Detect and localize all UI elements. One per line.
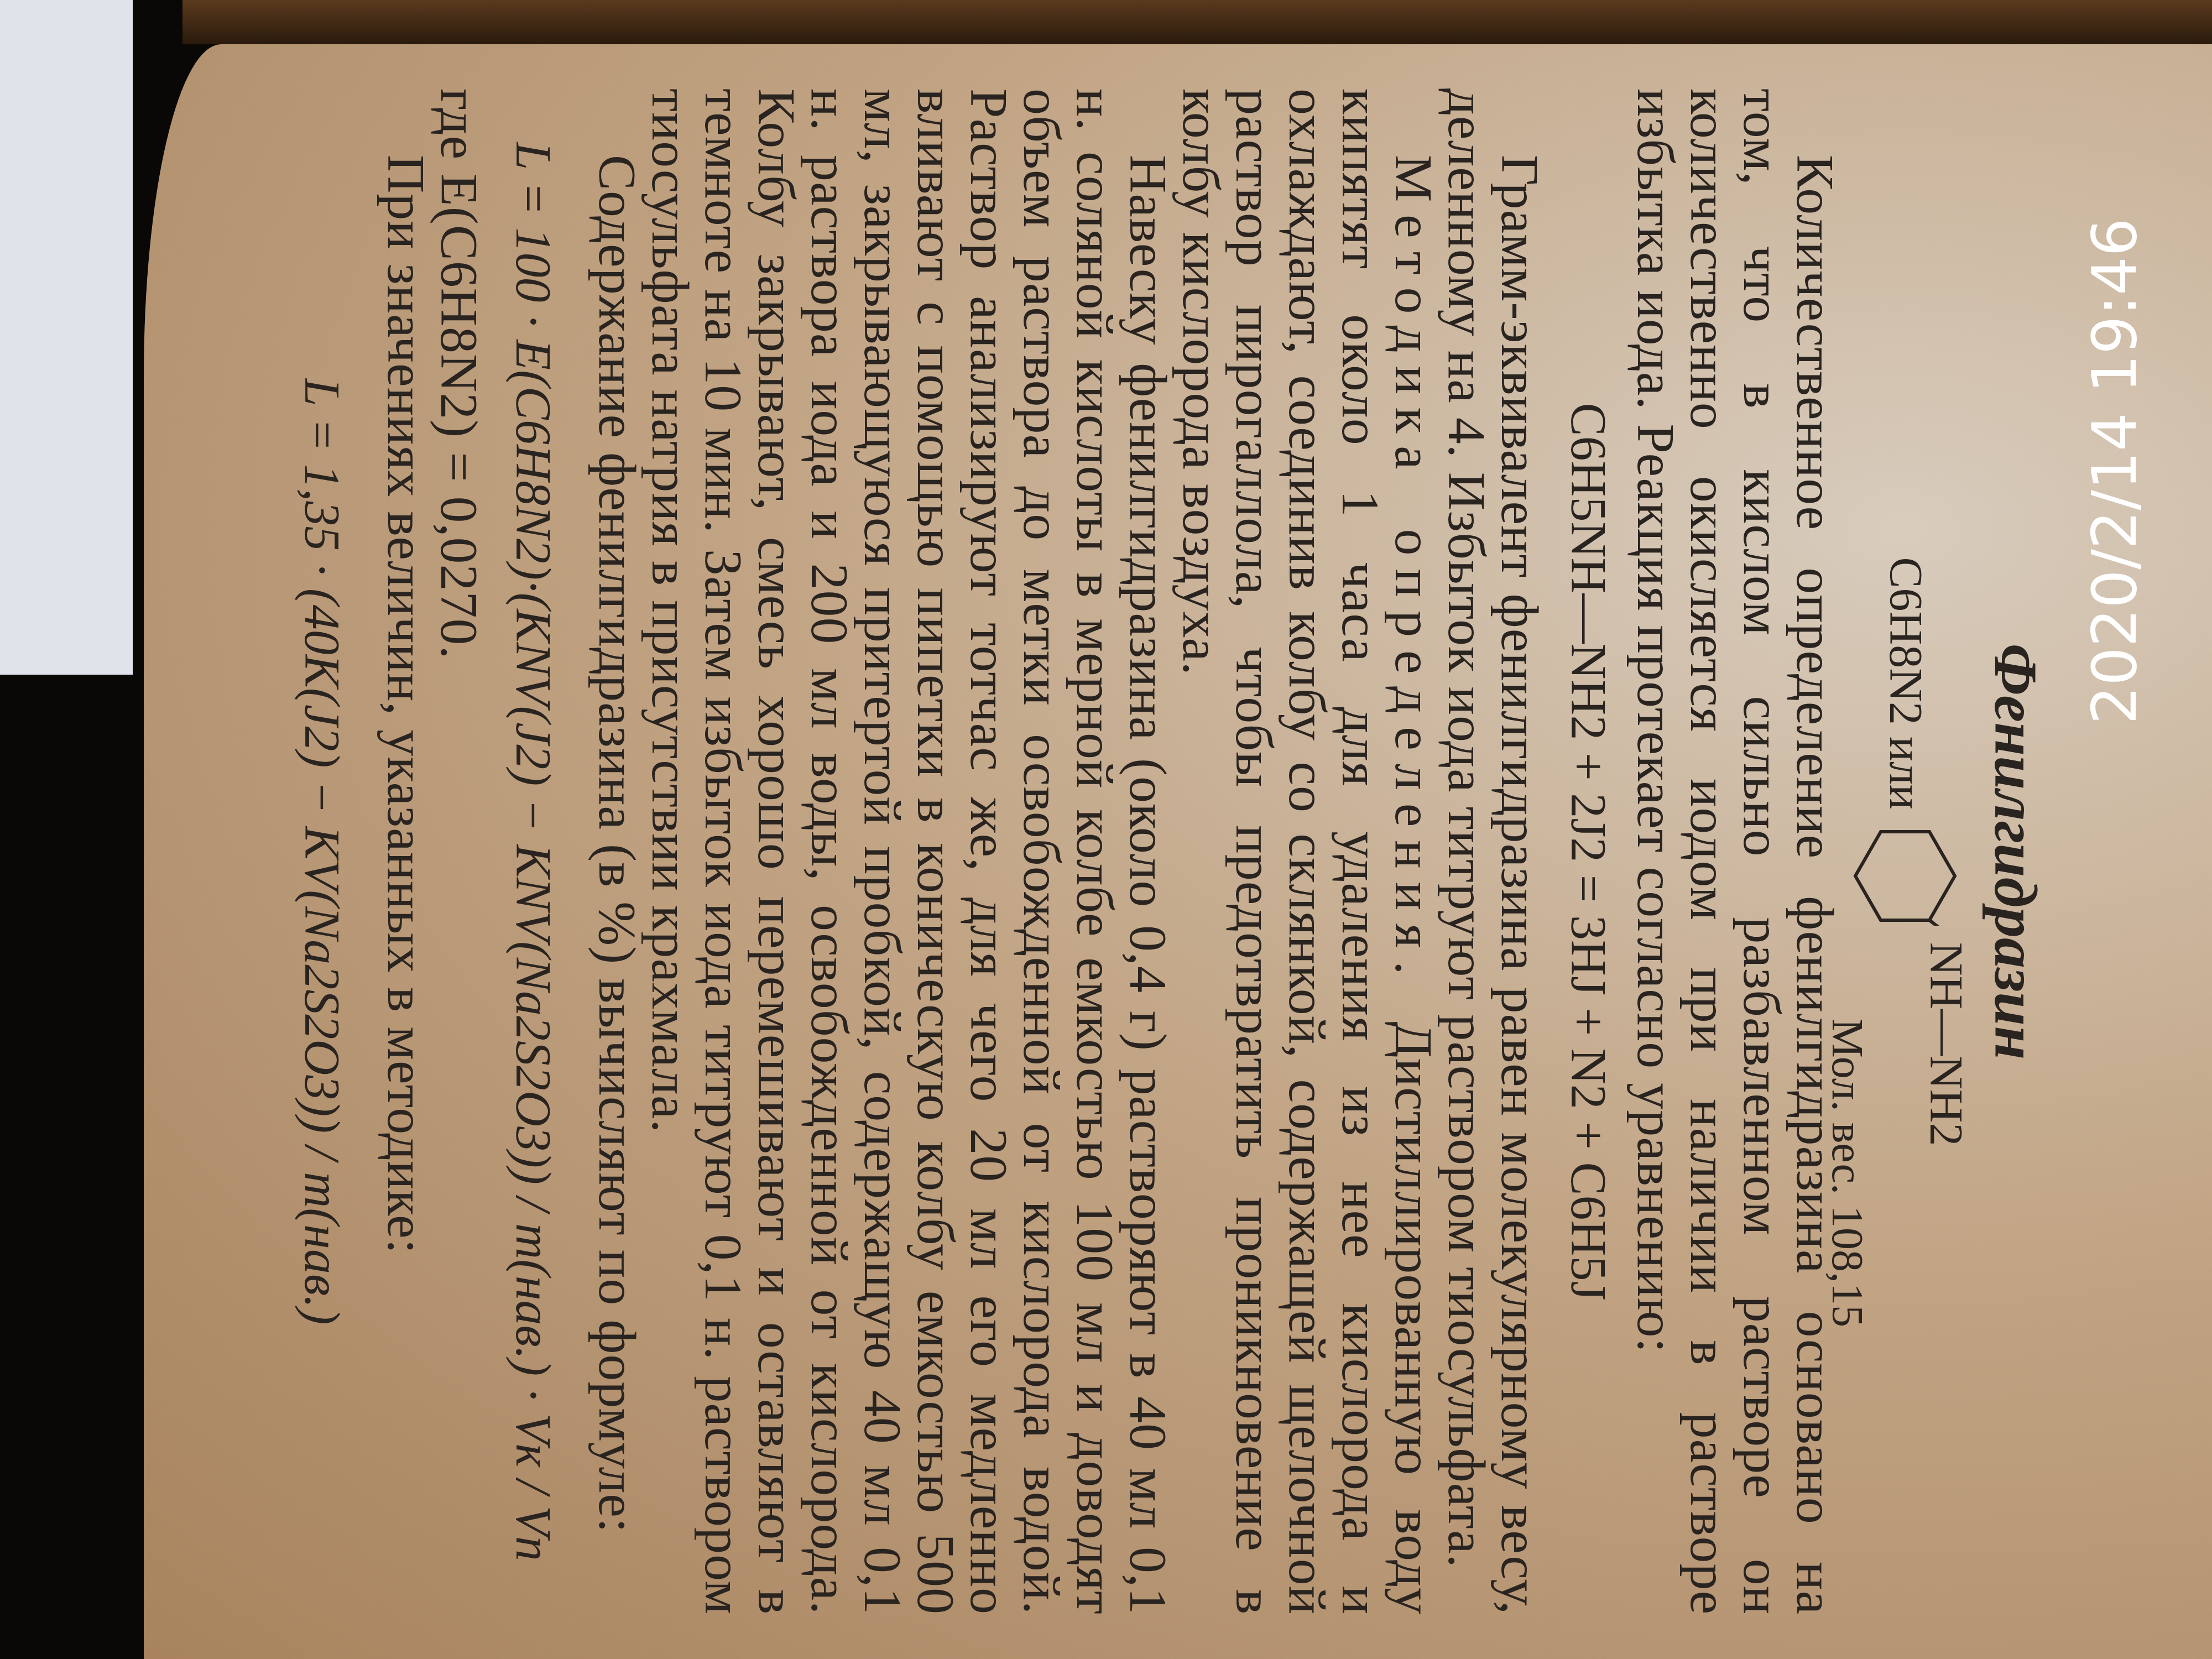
- paragraph-equivalent: Грамм-эквивалент фенилгидразина равен мо…: [1440, 88, 1546, 1615]
- benzene-ring-icon: [1850, 826, 1960, 926]
- substituent: NH—NH2: [1922, 942, 1969, 1146]
- method-heading: Методика определения.: [1384, 155, 1443, 988]
- values-line: При значениях величин, указанных в метод…: [379, 88, 432, 1615]
- reaction-equation: C6H5NH—NH2 + 2J2 = 3HJ + N2 + C6H5J: [1563, 88, 1613, 1615]
- formula-simplified: L = 1,35 · (40K(J2) − KV(Na2S2O3)) / m(н…: [296, 88, 346, 1615]
- paragraph-procedure: Навеску фенилгидразина (около 0,4 г) рас…: [644, 88, 1175, 1615]
- photo-timestamp: 2020/2/14 19:46: [2079, 33, 2146, 724]
- formula-main: L = 100 · E(C6H8N2)·(KNV(J2) − KNV(Na2S2…: [508, 88, 557, 1615]
- timestamp-text: 2020/2/14 19:46: [2079, 218, 2150, 724]
- book-page: Фенилгидразин C6H8N2 или NH—NH2 Мол. вес…: [144, 44, 2212, 1659]
- molecular-weight: Мол. вес. 108,15: [1825, 1019, 1869, 1327]
- page-title: Фенилгидразин: [1985, 88, 2046, 1615]
- paragraph-content: Содержание фенилгидразина (в %) вычисляю…: [591, 88, 644, 1615]
- structural-formula: C6H8N2 или NH—NH2 Мол. вес. 108,15: [1841, 88, 1969, 1615]
- background-paper: [0, 0, 133, 675]
- paragraph-intro: Количественное определение фенилгидразин…: [1629, 88, 1841, 1615]
- book-edge: [182, 0, 2212, 44]
- formula-prefix: C6H8N2 или: [1882, 557, 1928, 810]
- where-line: где E(C6H8N2) = 0,0270.: [432, 88, 486, 1615]
